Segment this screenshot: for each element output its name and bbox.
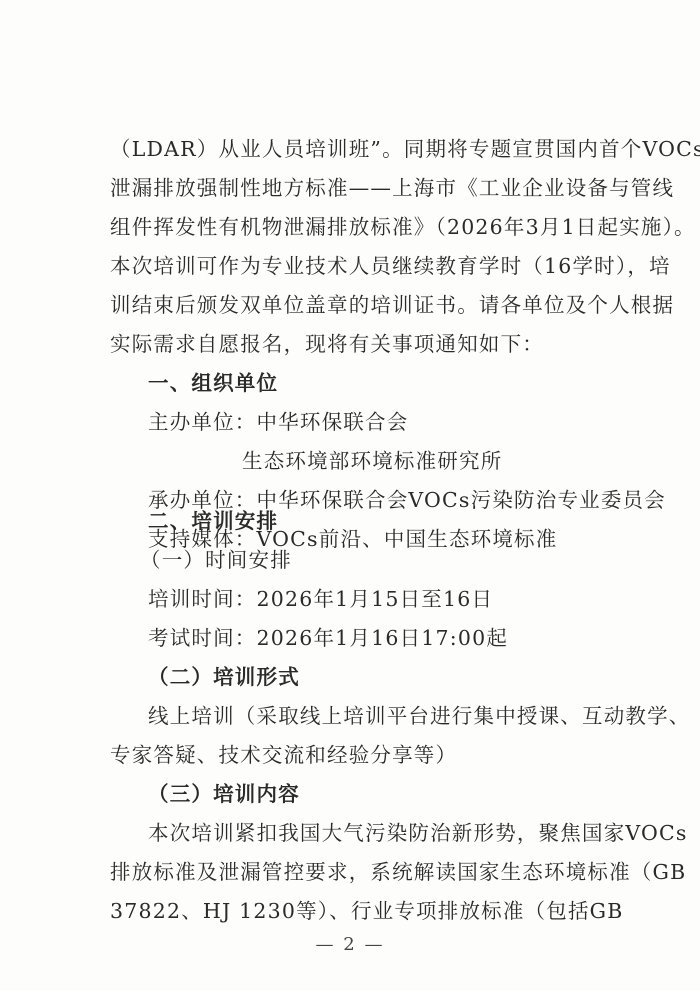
page-number: — 2 — [0,934,700,955]
subheading-format: （二）培训形式 [148,663,600,691]
intro-line-5: 训结束后颁发双单位盖章的培训证书。请各单位及个人根据 [110,291,600,319]
intro-line-6: 实际需求自愿报名，现将有关事项通知如下： [110,330,600,358]
intro-line-2: 泄漏排放强制性地方标准——上海市《工业企业设备与管线 [110,174,600,202]
host-label: 主办单位： [148,410,257,434]
host-value-1: 中华环保联合会 [257,410,409,434]
host-row: 主办单位：中华环保联合会 [148,408,600,436]
document-page: （LDAR）从业人员培训班”。同期将专题宣贯国内首个VOCs 泄漏排放强制性地方… [0,0,700,991]
subheading-time: （一）时间安排 [140,546,592,574]
exam-time: 考试时间：2026年1月16日17:00起 [148,624,600,652]
format-line-2: 专家答疑、技术交流和经验分享等） [110,741,600,769]
subheading-content: （三）培训内容 [148,780,600,808]
content-line-3: 37822、HJ 1230等）、行业专项排放标准（包括GB [110,897,600,925]
training-time: 培训时间：2026年1月15日至16日 [148,585,600,613]
host-value-2: 生态环境部环境标准研究所 [242,447,600,475]
section-heading-arrangement: 二、培训安排 [148,507,600,535]
intro-line-3: 组件挥发性有机物泄漏排放标准》（2026年3月1日起实施）。 [110,213,600,241]
intro-line-4: 本次培训可作为专业技术人员继续教育学时（16学时），培 [110,252,600,280]
content-line-1: 本次培训紧扣我国大气污染防治新形势，聚焦国家VOCs [148,819,600,847]
section-heading-organizers: 一、组织单位 [148,369,600,397]
content-line-2: 排放标准及泄漏管控要求，系统解读国家生态环境标准（GB [110,858,600,886]
format-line-1: 线上培训（采取线上培训平台进行集中授课、互动教学、 [148,702,600,730]
intro-line-1: （LDAR）从业人员培训班”。同期将专题宣贯国内首个VOCs [110,135,600,163]
